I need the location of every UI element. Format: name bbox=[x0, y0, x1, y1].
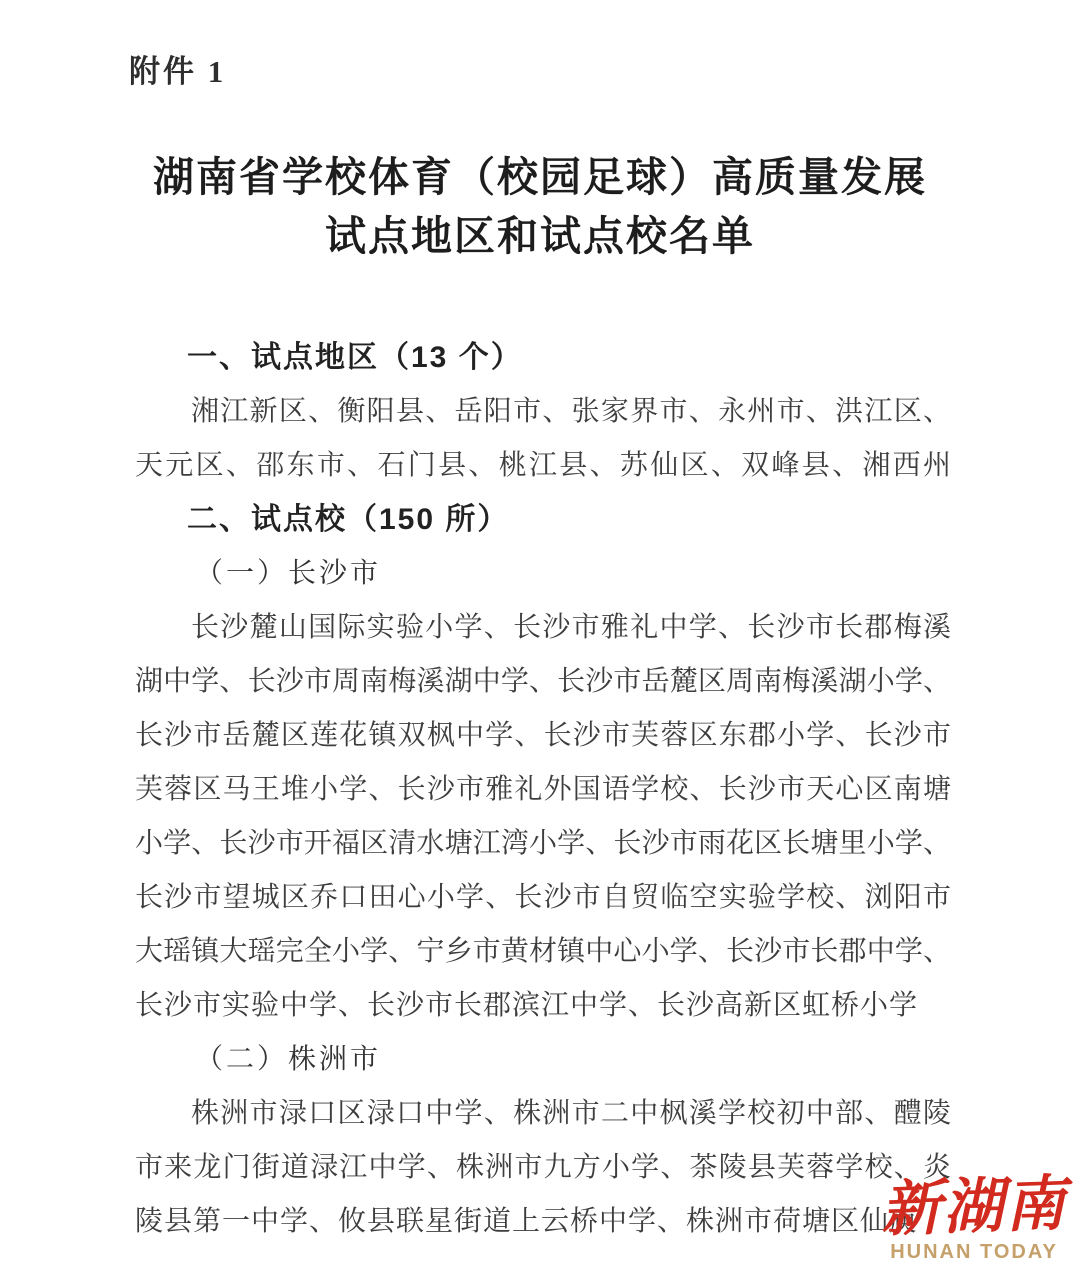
text-line: 长沙市实验中学、长沙市长郡滨江中学、长沙高新区虹桥小学 bbox=[135, 979, 951, 1033]
zhuzhou-schools-paragraph: 株洲市渌口区渌口中学、株洲市二中枫溪学校初中部、醴陵市来龙门街道渌江中学、株洲市… bbox=[135, 1087, 951, 1249]
group-zhuzhou-heading: （二）株洲市 bbox=[135, 1033, 951, 1087]
logo-brand-text: 新湖南 bbox=[873, 1172, 1075, 1243]
text-line: 市来龙门街道渌江中学、株洲市九方小学、茶陵县芙蓉学校、炎 bbox=[135, 1141, 951, 1195]
text-line: 长沙市岳麓区莲花镇双枫中学、长沙市芙蓉区东郡小学、长沙市 bbox=[135, 709, 951, 763]
text-line: 芙蓉区马王堆小学、长沙市雅礼外国语学校、长沙市天心区南塘 bbox=[135, 763, 951, 817]
attachment-label: 附件 1 bbox=[129, 46, 226, 91]
group-changsha-heading: （一）长沙市 bbox=[135, 547, 951, 601]
document-body: 一、试点地区（13 个） 湘江新区、衡阳县、岳阳市、张家界市、永州市、洪江区、天… bbox=[135, 331, 951, 1249]
text-line: 湘江新区、衡阳县、岳阳市、张家界市、永州市、洪江区、 bbox=[135, 385, 951, 439]
text-line: 小学、长沙市开福区清水塘江湾小学、长沙市雨花区长塘里小学、 bbox=[135, 817, 951, 871]
text-line: 株洲市渌口区渌口中学、株洲市二中枫溪学校初中部、醴陵 bbox=[135, 1087, 951, 1141]
document-title-line-1: 湖南省学校体育（校园足球）高质量发展 bbox=[0, 148, 1080, 207]
document-title: 湖南省学校体育（校园足球）高质量发展 试点地区和试点校名单 bbox=[0, 148, 1080, 266]
document-page: 附件 1 湖南省学校体育（校园足球）高质量发展 试点地区和试点校名单 一、试点地… bbox=[0, 0, 1080, 1268]
hunan-today-logo: 新湖南 HUNAN TODAY bbox=[874, 1175, 1074, 1264]
text-line: 长沙麓山国际实验小学、长沙市雅礼中学、长沙市长郡梅溪 bbox=[135, 601, 951, 655]
section-1-heading: 一、试点地区（13 个） bbox=[135, 331, 951, 385]
text-line: 陵县第一中学、攸县联星街道上云桥中学、株洲市荷塘区仙庾 bbox=[135, 1195, 951, 1249]
section-2-heading: 二、试点校（150 所） bbox=[135, 493, 951, 547]
pilot-areas-paragraph: 湘江新区、衡阳县、岳阳市、张家界市、永州市、洪江区、天元区、邵东市、石门县、桃江… bbox=[135, 385, 951, 493]
text-line: 湖中学、长沙市周南梅溪湖中学、长沙市岳麓区周南梅溪湖小学、 bbox=[135, 655, 951, 709]
text-line: 大瑶镇大瑶完全小学、宁乡市黄材镇中心小学、长沙市长郡中学、 bbox=[135, 925, 951, 979]
text-line: 长沙市望城区乔口田心小学、长沙市自贸临空实验学校、浏阳市 bbox=[135, 871, 951, 925]
changsha-schools-paragraph: 长沙麓山国际实验小学、长沙市雅礼中学、长沙市长郡梅溪湖中学、长沙市周南梅溪湖中学… bbox=[135, 601, 951, 1033]
document-title-line-2: 试点地区和试点校名单 bbox=[0, 207, 1080, 266]
text-line: 天元区、邵东市、石门县、桃江县、苏仙区、双峰县、湘西州 bbox=[135, 439, 951, 493]
